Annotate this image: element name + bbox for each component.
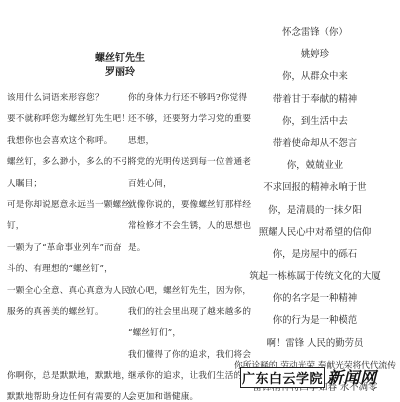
left-poem-author: 罗丽玲: [0, 66, 240, 80]
poem-line: 照耀人民心中对希望的信仰: [232, 222, 398, 244]
right-poem-title: 怀念雷锋（你）: [232, 22, 398, 44]
watermark: 广东白云学院新闻网: [240, 365, 377, 388]
poem-line: 你，是清晨的一抹夕阳: [232, 200, 398, 222]
poem-line: 该用什么词语来形容您？: [7, 88, 139, 109]
poem-line: 服务的真善美的螺丝钉。: [7, 302, 139, 323]
poem-line: 你，从群众中来: [232, 66, 398, 88]
poem-line: 一颗全心全意、真心真意为人民: [7, 281, 139, 302]
poem-line: 螺丝钉，多么渺小，多么的不引: [7, 152, 139, 173]
watermark-site: 新闻网: [327, 368, 377, 387]
poem-line: 可是你却说愿意永远当一颗螺丝: [7, 195, 139, 216]
left-poem-column-a: 该用什么词语来形容您？ 要不就称呼您为螺丝钉先生吧！ 我想你也会喜欢这个称呼。 …: [7, 88, 139, 402]
poem-line: 带着甘于奉献的精神: [232, 89, 398, 111]
poem-line: 默默地帮助身边任何有需要的人。: [7, 387, 139, 402]
poem-line: 要不就称呼您为螺丝钉先生吧！: [7, 109, 139, 130]
left-poem-header: 螺丝钉先生 罗丽玲: [0, 52, 240, 80]
right-poem: 怀念雷锋（你） 姚婷珍 你，从群众中来 带着甘于奉献的精神 你，到生活中去 带着…: [232, 22, 398, 399]
poem-line: [7, 323, 139, 344]
poem-line: 一颗为了“革命事业列车”而奋: [7, 238, 139, 259]
poem-line: 你啊你，总是默默地，默默地，: [7, 366, 139, 387]
poem-line: 啊！雷锋 人民的勤劳员: [232, 333, 398, 355]
poem-line: 斗的、有理想的“螺丝钉”，: [7, 259, 139, 280]
poem-line: 带着使命却从不怨言: [232, 133, 398, 155]
left-poem-title: 螺丝钉先生: [0, 52, 240, 66]
poem-line: 你，是房屋中的砾石: [232, 244, 398, 266]
watermark-org: 广东白云学院: [240, 367, 325, 388]
poem-line: 你的行为是一种模范: [232, 310, 398, 332]
poem-line: [7, 345, 139, 366]
right-poem-author: 姚婷珍: [232, 44, 398, 66]
poem-line: 钉，: [7, 216, 139, 237]
poem-line: 你，到生活中去: [232, 111, 398, 133]
poem-line: 你的名字是一种精神: [232, 288, 398, 310]
poem-line: 我想你也会喜欢这个称呼。: [7, 131, 139, 152]
poem-line: 你，兢兢业业: [232, 155, 398, 177]
poem-line: 筑起一栋栋属于传统文化的大厦: [232, 266, 398, 288]
poem-line: 不求回报的精神永响于世: [232, 177, 398, 199]
poem-line: 人瞩目；: [7, 174, 139, 195]
